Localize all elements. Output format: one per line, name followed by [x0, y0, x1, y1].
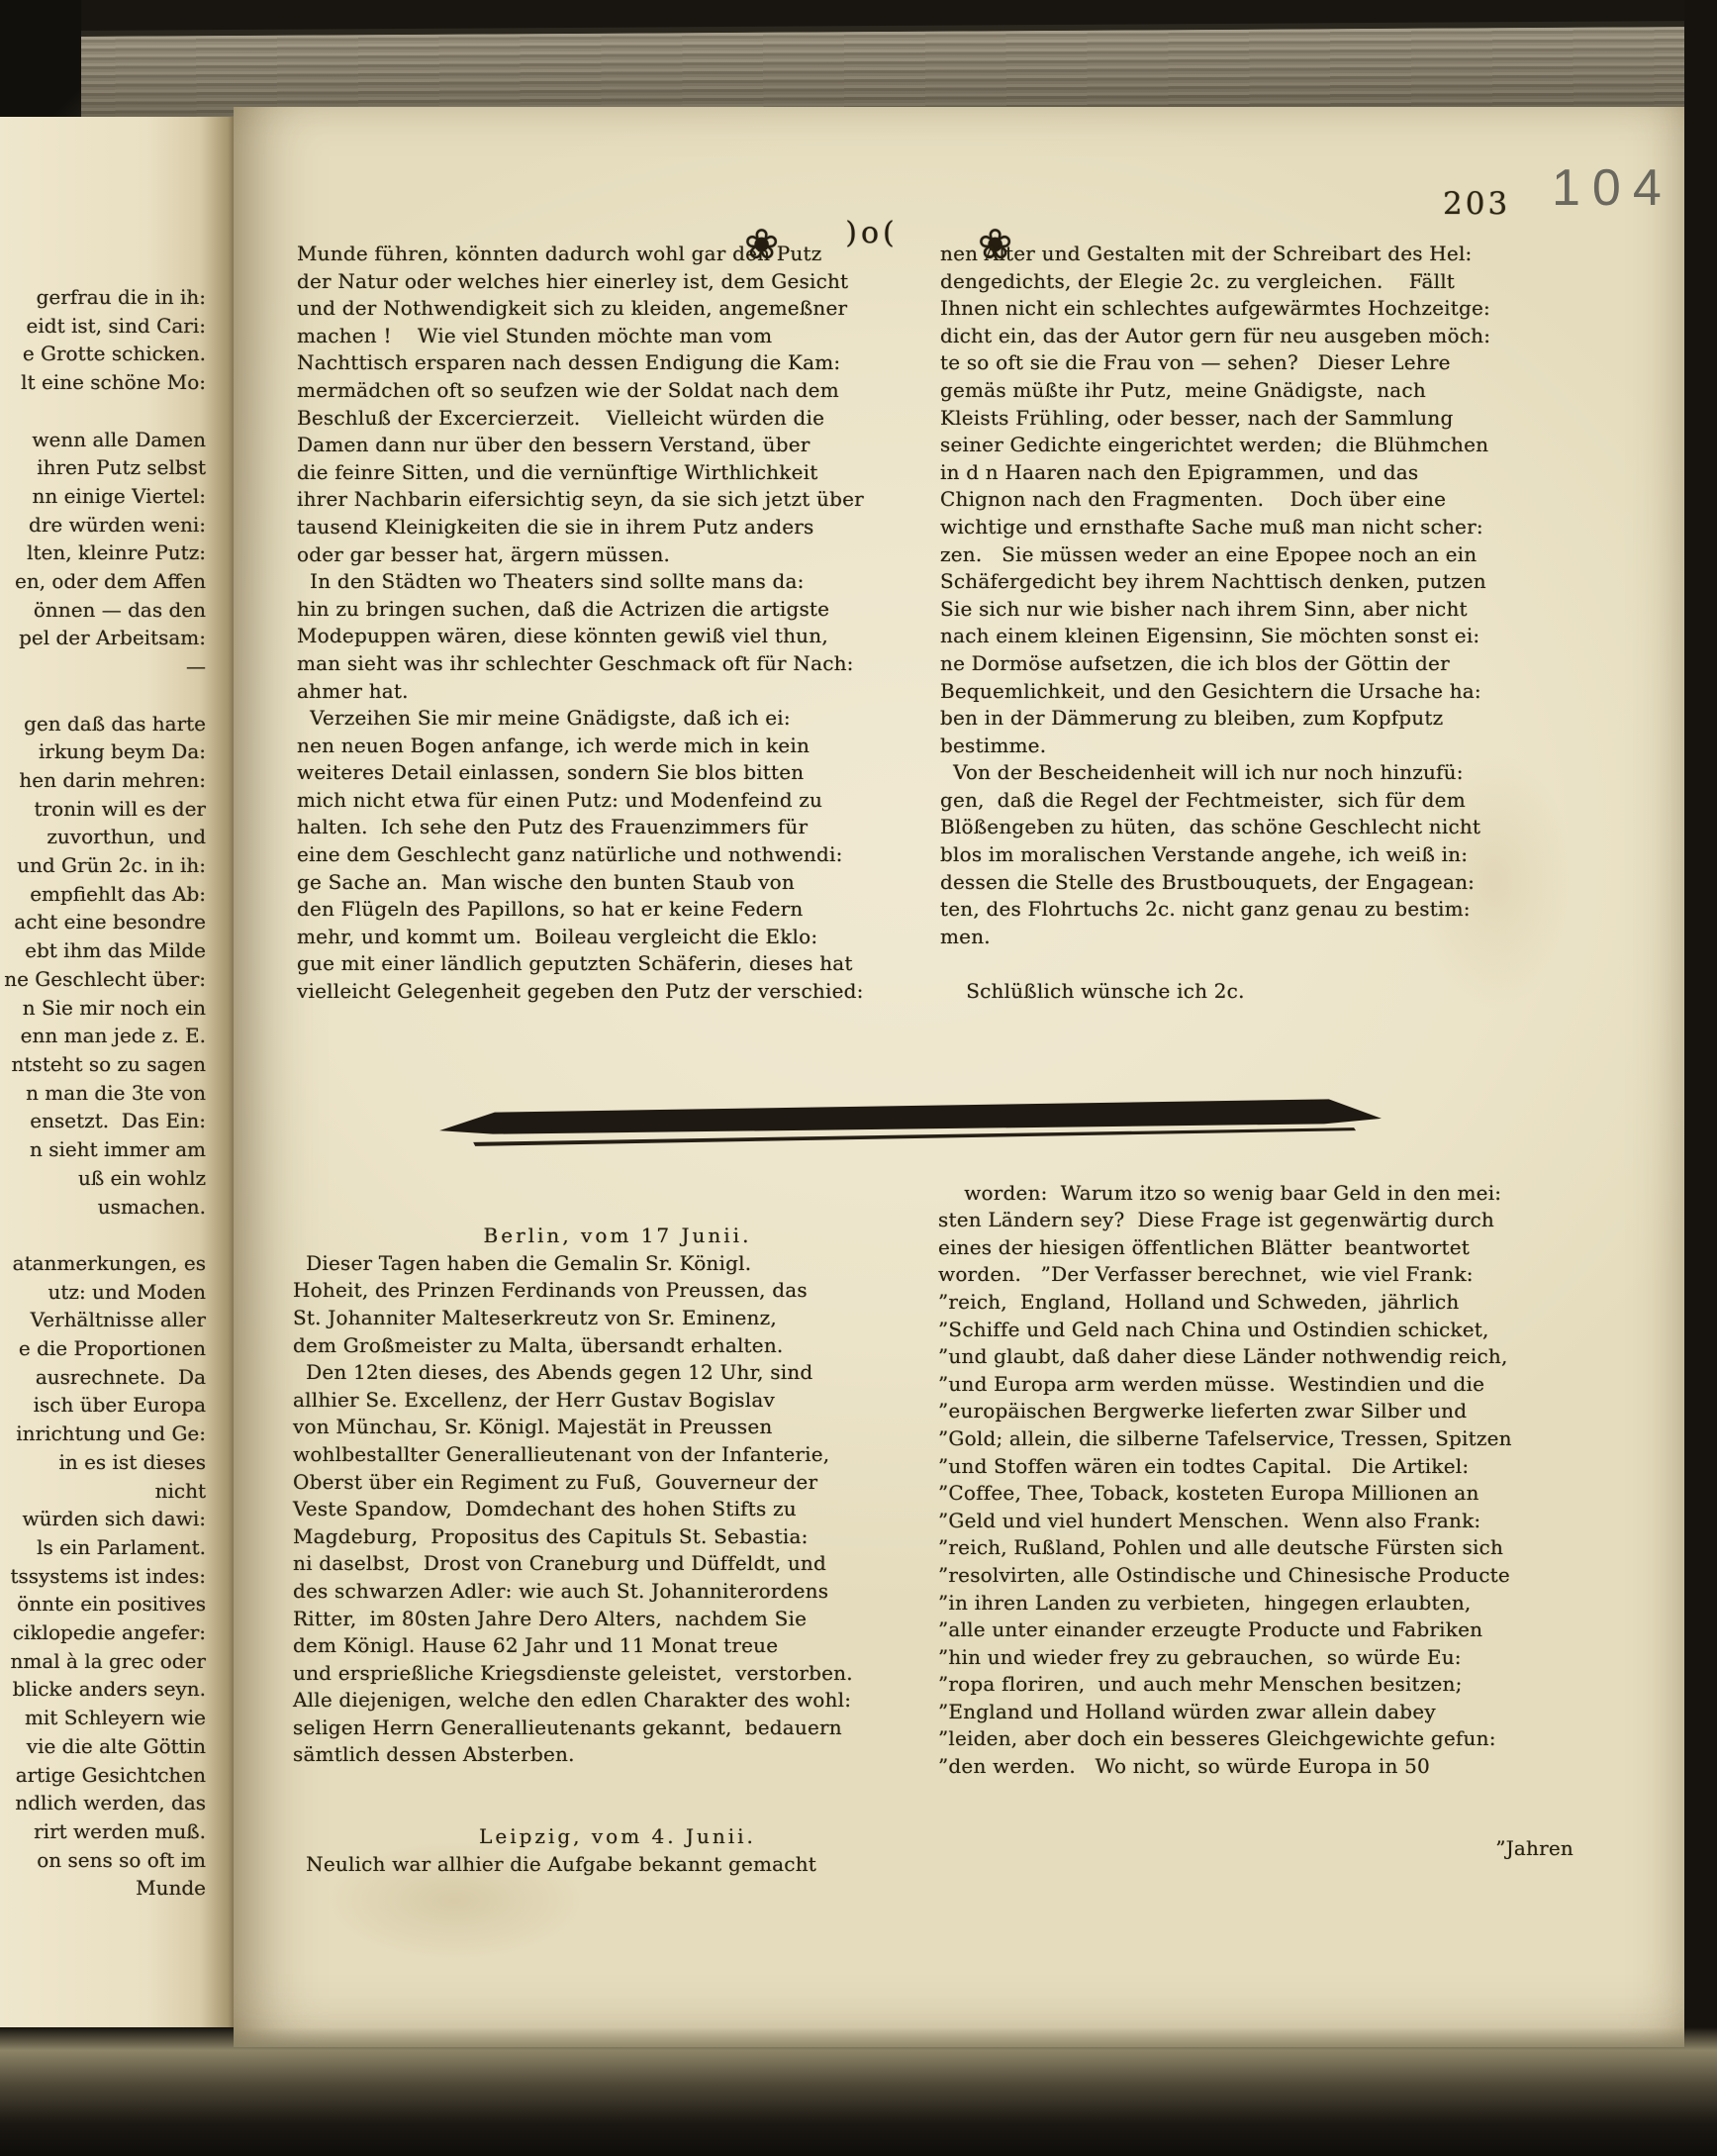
page-number: 203 — [1443, 186, 1510, 222]
lower-right-column: worden: Warum itzo so wenig baar Geld in… — [938, 1152, 1599, 1917]
photo-background-right — [1684, 0, 1717, 2156]
leipzig-report-text: Neulich war allhier die Aufgabe bekannt … — [293, 1852, 816, 1876]
berlin-dateline-heading: Berlin, vom 17 Junii. — [293, 1223, 942, 1250]
section-divider-rule — [433, 1097, 1388, 1150]
lower-right-column-text: worden: Warum itzo so wenig baar Geld in… — [938, 1181, 1512, 1778]
book-scan-photo: ❀ )o( ❀ 203 104 gerfrau die in ih: eidt … — [0, 0, 1717, 2156]
catchword: ”Jahren — [938, 1835, 1599, 1863]
facing-page-text-fragments: gerfrau die in ih: eidt ist, sind Cari: … — [2, 283, 206, 1903]
upper-right-column-text: nen Alter und Gestalten mit der Schreiba… — [940, 241, 1595, 1006]
berlin-report-text: Dieser Tagen haben die Gemalin Sr. König… — [293, 1251, 853, 1767]
lower-left-column: Berlin, vom 17 Junii. Dieser Tagen haben… — [293, 1168, 942, 1933]
leipzig-dateline-heading: Leipzig, vom 4. Junii. — [293, 1823, 942, 1851]
upper-left-column-text: Munde führen, könnten dadurch wohl gar d… — [297, 241, 940, 1006]
book-bottom-edge — [0, 2027, 1717, 2156]
foliation-stamp: 104 — [1552, 158, 1673, 218]
